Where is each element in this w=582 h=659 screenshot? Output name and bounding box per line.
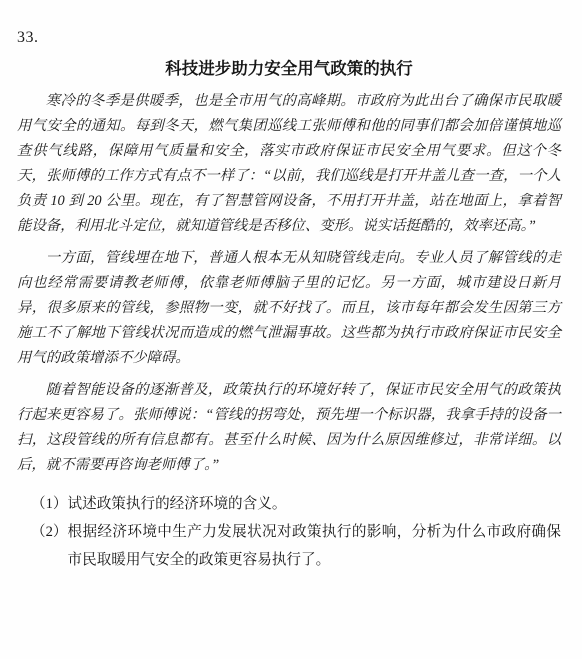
passage-paragraph-1: 寒冷的冬季是供暖季，也是全市用气的高峰期。市政府为此出台了确保市民取暖用气安全的… (17, 89, 561, 239)
sub-question-2-text: 根据经济环境中生产力发展状况对政策执行的影响，分析为什么市政府确保市民取暖用气安… (68, 518, 562, 574)
passage-paragraph-3: 随着智能设备的逐渐普及，政策执行的环境好转了，保证市民安全用气的政策执行起来更容… (17, 378, 561, 478)
sub-question-1-text: 试述政策执行的经济环境的含义。 (68, 490, 562, 518)
passage-body: 寒冷的冬季是供暖季，也是全市用气的高峰期。市政府为此出台了确保市民取暖用气安全的… (17, 89, 561, 478)
question-list: （1） 试述政策执行的经济环境的含义。 （2） 根据经济环境中生产力发展状况对政… (17, 490, 561, 574)
sub-question-2-label: （2） (17, 518, 68, 574)
sub-question-1: （1） 试述政策执行的经济环境的含义。 (17, 490, 561, 518)
question-number: 33. (17, 28, 561, 48)
exam-document-page: 33. 科技进步助力安全用气政策的执行 寒冷的冬季是供暖季，也是全市用气的高峰期… (0, 0, 582, 659)
sub-question-2: （2） 根据经济环境中生产力发展状况对政策执行的影响，分析为什么市政府确保市民取… (17, 518, 561, 574)
passage-title: 科技进步助力安全用气政策的执行 (17, 58, 561, 80)
passage-paragraph-2: 一方面，管线埋在地下，普通人根本无从知晓管线走向。专业人员了解管线的走向也经常需… (17, 246, 561, 371)
sub-question-1-label: （1） (17, 490, 68, 518)
